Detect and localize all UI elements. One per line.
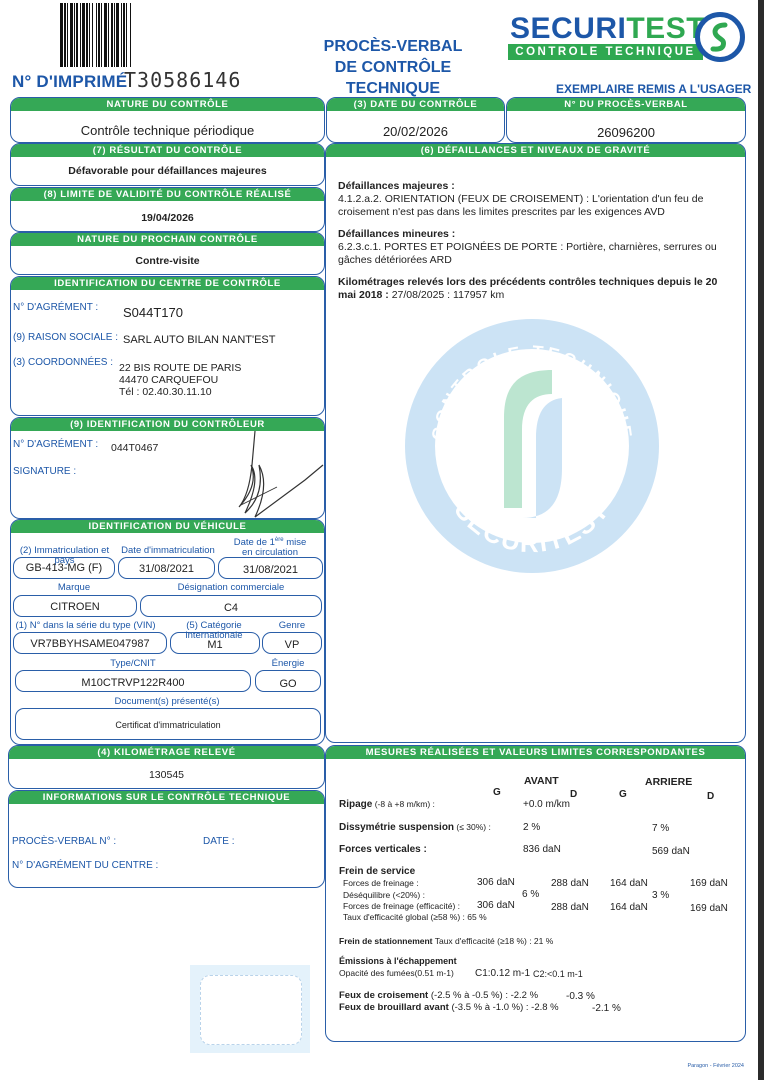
ffe-arg: 164 daN [610, 902, 648, 913]
kilometrage-header: (4) KILOMÉTRAGE RELEVÉ [9, 746, 324, 759]
vehicule-header: IDENTIFICATION DU VÉHICULE [11, 520, 324, 533]
signature-label: SIGNATURE : [13, 466, 76, 477]
dissymetrie-arriere: 7 % [652, 823, 669, 834]
arriere-g-header: G [619, 789, 627, 800]
limite-validite-panel: (8) LIMITE DE VALIDITÉ DU CONTRÔLE RÉALI… [10, 187, 325, 232]
defaillances-majeures: Défaillances majeures : 4.1.2.a.2. ORIEN… [338, 180, 738, 219]
kilometrage-panel: (4) KILOMÉTRAGE RELEVÉ 130545 [8, 745, 325, 789]
genre-value: VP [262, 632, 322, 654]
avant-d-header: D [570, 789, 577, 800]
designation-label: Désignation commerciale [140, 583, 322, 593]
desequilibre-arriere: 3 % [652, 890, 669, 901]
marque-label: Marque [13, 583, 135, 593]
feux-croisement: Feux de croisement (-2.5 % à -0.5 %) : -… [339, 990, 538, 1001]
defaillances-header: (6) DÉFAILLANCES ET NIVEAUX DE GRAVITÉ [326, 144, 745, 157]
energie-label: Énergie [255, 659, 321, 669]
feux-croisement-d: -0.3 % [566, 991, 595, 1002]
securitest-logo-text: SECURITEST [510, 14, 705, 44]
feux-brouillard: Feux de brouillard avant (-3.5 % à -1.0 … [339, 1002, 559, 1013]
desequilibre-label: Déséquilibre (<20%) : [343, 890, 425, 900]
avant-header: AVANT [524, 775, 559, 787]
date-immat-label: Date d'immatriculation [118, 546, 218, 556]
numero-pv-value: 26096200 [507, 111, 745, 140]
taux-efficacite-global: Taux d'efficacité global (≥58 %) : 65 % [343, 912, 487, 922]
forces-freinage-arg: 164 daN [610, 878, 648, 889]
exemplaire-label: EXEMPLAIRE REMIS A L'USAGER [556, 82, 751, 96]
forces-freinage-ard: 169 daN [690, 878, 728, 889]
feux-brouillard-d: -2.1 % [592, 1003, 621, 1014]
signature-image [215, 425, 325, 525]
centre-agrement-value: S044T170 [123, 305, 183, 320]
imprime-label: N° D'IMPRIMÉ [12, 72, 127, 92]
ripage-value: +0.0 m/km [523, 799, 570, 810]
scan-edge [758, 0, 764, 1080]
forces-freinage-avg: 306 daN [477, 877, 515, 888]
prochain-controle-panel: NATURE DU PROCHAIN CONTRÔLE Contre-visit… [10, 232, 325, 275]
date-mec-value: 31/08/2021 [218, 557, 323, 579]
info-defavorable-header: INFORMATIONS SUR LE CONTRÔLE TECHNIQUE D… [9, 791, 324, 804]
nature-controle-header: NATURE DU CONTRÔLE [11, 98, 324, 111]
resultat-value: Défavorable pour défaillances majeures [11, 157, 324, 177]
arriere-header: ARRIERE [645, 776, 692, 788]
controleur-agrement-value: 044T0467 [111, 442, 158, 454]
opacite-c2: C2:<0.1 m-1 [533, 969, 583, 979]
forces-verticales-arriere: 569 daN [652, 846, 690, 857]
ffe-avd: 288 daN [551, 902, 589, 913]
prochain-controle-value: Contre-visite [11, 246, 324, 267]
mesures-header: MESURES RÉALISÉES ET VALEURS LIMITES COR… [326, 746, 745, 759]
coordonnees-value: 22 BIS ROUTE DE PARIS 44470 CARQUEFOU Té… [119, 362, 241, 398]
desequilibre-avant: 6 % [522, 889, 539, 900]
avant-g-header: G [493, 787, 501, 798]
forces-freinage-avd: 288 daN [551, 878, 589, 889]
documents-label: Document(s) présenté(s) [13, 697, 321, 707]
ffe-avg: 306 daN [477, 900, 515, 911]
opacite-c1: C1:0.12 m-1 [475, 968, 530, 979]
forces-verticales-avant: 836 daN [523, 844, 561, 855]
centre-header: IDENTIFICATION DU CENTRE DE CONTRÔLE [11, 277, 324, 290]
nature-controle-value: Contrôle technique périodique [11, 111, 324, 138]
securitest-s-logo-icon [695, 12, 745, 62]
forces-verticales-label: Forces verticales : [339, 844, 427, 855]
defaillances-mineures: Défaillances mineures : 6.2.3.c.1. PORTE… [338, 228, 738, 267]
limite-validite-header: (8) LIMITE DE VALIDITÉ DU CONTRÔLE RÉALI… [11, 188, 324, 201]
forces-freinage-efficacite-label: Forces de freinage (efficacité) : [343, 901, 460, 911]
type-cnit-label: Type/CNIT [13, 659, 253, 669]
frein-stationnement: Frein de stationnement Taux d'efficacité… [339, 936, 553, 946]
vin-label: (1) N° dans la série du type (VIN) [13, 621, 158, 631]
immat-value: GB-413-MG (F) [13, 557, 115, 579]
opacite-label: Opacité des fumées(0.51 m-1) [339, 968, 454, 978]
ffe-ard: 169 daN [690, 903, 728, 914]
ripage-label: Ripage (-8 à +8 m/km) : [339, 799, 435, 810]
date-controle-value: 20/02/2026 [327, 111, 504, 139]
coordonnees-label: (3) COORDONNÉES : [13, 357, 113, 368]
categorie-value: M1 [170, 632, 260, 654]
kilometrage-value: 130545 [9, 759, 324, 781]
marque-value: CITROEN [13, 595, 137, 617]
genre-label: Genre [262, 621, 322, 631]
nature-controle-panel: NATURE DU CONTRÔLE Contrôle technique pé… [10, 97, 325, 143]
raison-sociale-label: (9) RAISON SOCIALE : [13, 332, 118, 343]
documents-value: Certificat d'immatriculation [15, 708, 321, 740]
stamp-frame [200, 975, 302, 1045]
energie-value: GO [255, 670, 321, 692]
resultat-header: (7) RÉSULTAT DU CONTRÔLE [11, 144, 324, 157]
logo-tagline: CONTROLE TECHNIQUE [508, 44, 703, 60]
type-cnit-value: M10CTRVP122R400 [15, 670, 251, 692]
date-controle-panel: (3) DATE DU CONTRÔLE 20/02/2026 [326, 97, 505, 143]
date-immat-value: 31/08/2021 [118, 557, 215, 579]
document-title: PROCÈS-VERBAL DE CONTRÔLE TECHNIQUE [288, 36, 498, 99]
limite-validite-value: 19/04/2026 [11, 201, 324, 224]
vin-value: VR7BBYHSAME047987 [13, 632, 167, 654]
resultat-panel: (7) RÉSULTAT DU CONTRÔLE Défavorable pou… [10, 143, 325, 186]
date-controle-header: (3) DATE DU CONTRÔLE [327, 98, 504, 111]
securitest-watermark-icon: CONTROLE TECHNIQUE SECURITEST [404, 318, 660, 574]
title-line-1: PROCÈS-VERBAL [288, 36, 498, 57]
agrement-centre-label: N° D'AGRÉMENT DU CENTRE : [12, 860, 158, 871]
numero-pv-panel: N° DU PROCÈS-VERBAL 26096200 [506, 97, 746, 143]
footer-print-reference: Paragon - Février 2024 [687, 1063, 744, 1069]
pv-numero-label: PROCÈS-VERBAL N° : [12, 836, 116, 847]
title-line-2: DE CONTRÔLE TECHNIQUE [288, 57, 498, 99]
barcode [60, 3, 198, 67]
centre-agrement-label: N° D'AGRÉMENT : [13, 302, 98, 313]
date-label: DATE : [203, 836, 234, 847]
imprime-number: T30586146 [124, 68, 241, 92]
numero-pv-header: N° DU PROCÈS-VERBAL [507, 98, 745, 111]
controleur-agrement-label: N° D'AGRÉMENT : [13, 439, 98, 450]
designation-value: C4 [140, 595, 322, 617]
prochain-controle-header: NATURE DU PROCHAIN CONTRÔLE [11, 233, 324, 246]
kilometrages-precedents: Kilométrages relevés lors des précédents… [338, 276, 738, 302]
arriere-d-header: D [707, 791, 714, 802]
emissions-title: Émissions à l'échappement [339, 956, 457, 966]
date-mec-label: Date de 1ère miseen circulation [220, 535, 320, 558]
dissymetrie-avant: 2 % [523, 822, 540, 833]
frein-service-title: Frein de service [339, 866, 415, 877]
forces-freinage-label: Forces de freinage : [343, 878, 419, 888]
raison-sociale-value: SARL AUTO BILAN NANT'EST [123, 334, 275, 346]
dissymetrie-label: Dissymétrie suspension (≤ 30%) : [339, 822, 491, 833]
